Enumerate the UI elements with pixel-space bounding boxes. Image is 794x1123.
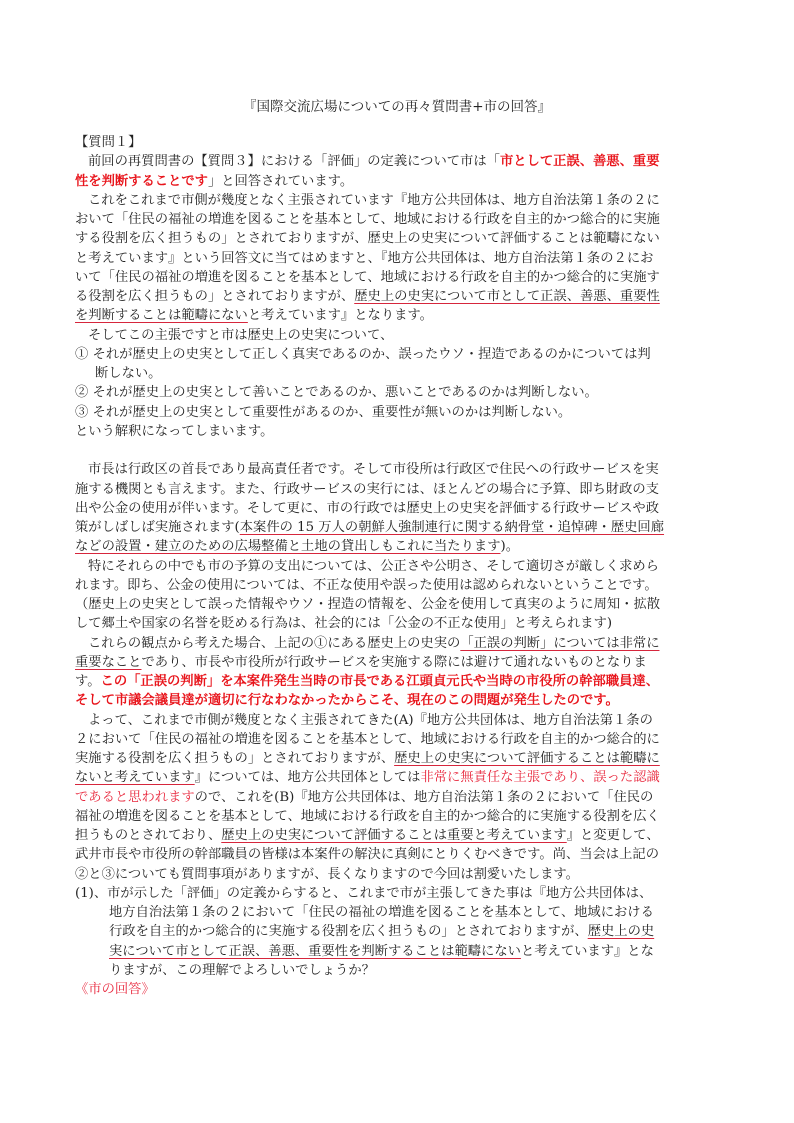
emphasis-line: そして市議会議員達が適切に行なわなかったからこそ、現在のこの問題が発生したのです… xyxy=(75,691,759,710)
text: 実施する役割を広く担うもの」とされておりますが、 xyxy=(75,751,394,766)
sub-question-line: りますが、この理解でよろしいでしょうか？ xyxy=(75,961,759,980)
list-item-continuation: 断しない。 xyxy=(75,364,759,383)
sub-question-line: 実について市として正誤、善悪、重要性を判断することは範疇にないと考えています』と… xyxy=(75,942,759,961)
blank-line xyxy=(75,441,759,460)
paragraph-line: これをこれまで市側が幾度となく主張されています『地方公共団体は、地方自治法第１条… xyxy=(75,191,759,210)
question-heading: 【質問１】 xyxy=(75,133,759,152)
paragraph-line: 福祉の増進を図ることを基本として、地域における行政を自主的かつ総合的に実施する役… xyxy=(75,807,759,826)
paragraph-line: 策がしばしば実施されます(本案件の 15 万人の朝鮮人強制連行に関する納骨堂・追… xyxy=(75,518,759,537)
underlined-text: 本案件の 15 万人の朝鮮人強制連行に関する納骨堂・追悼碑・歴史回廊 xyxy=(240,520,664,535)
underlined-text: 重要なこと xyxy=(75,655,141,670)
red-text: 非常に無責任な主張であり、誤った認識 xyxy=(420,770,659,785)
paragraph-line: ②と③についても質問事項がありますが、長くなりますので今回は割愛いたします。 xyxy=(75,865,759,884)
list-item: ① それが歴史上の史実として正しく真実であるのか、誤ったウソ・捏造であるのかにつ… xyxy=(75,345,759,364)
emphasis-text: この「正誤の判断」を本案件発生当時の市長である江頭貞元氏や当時の市役所の幹部職員… xyxy=(101,674,659,689)
underlined-text: 「正誤の判断」については非常に xyxy=(460,636,659,651)
paragraph-line: 性を判断することです」と回答されています。 xyxy=(75,172,759,191)
text: る役割を広く担うもの」とされておりますが、 xyxy=(75,289,354,304)
emphasis-text: 性を判断することです xyxy=(75,174,208,189)
paragraph-line: ないと考えています』については、地方公共団体としては非常に無責任な主張であり、誤… xyxy=(75,768,759,787)
paragraph-line: という解釈になってしまいます。 xyxy=(75,422,759,441)
text: これらの観点から考えた場合、上記の①にある歴史上の史実の xyxy=(88,636,460,651)
list-item: ② それが歴史上の史実として善いことであるのか、悪いことであるのかは判断しない。 xyxy=(75,383,759,402)
text: 担うものとされており、 xyxy=(75,828,221,843)
text: 行政を自主的かつ総合的に実施する役割を広く担うもの」とされておりますが、 xyxy=(109,924,588,939)
underlined-text: 実について市として正誤、善悪、重要性を判断することは範疇にない xyxy=(109,944,521,959)
paragraph-line: いて「住民の福祉の増進を図ることを基本として、地域における行政を自主的かつ総合的… xyxy=(75,268,759,287)
sub-question-line: 行政を自主的かつ総合的に実施する役割を広く担うもの」とされておりますが、歴史上の… xyxy=(75,922,759,941)
text: であり、市長や市役所が行政サービスを実施する際には避けて通れないものとなりま xyxy=(141,655,646,670)
city-answer-label: 《市の回答》 xyxy=(75,980,759,999)
text: 』と変更して、 xyxy=(567,828,660,843)
underlined-text: 歴史上の史実について市として正誤、善悪、重要性 xyxy=(354,289,660,304)
list-item: ③ それが歴史上の史実として重要性があるのか、重要性が無いのかは判断しない。 xyxy=(75,403,759,422)
paragraph-line: よって、これまで市側が幾度となく主張されてきた(A)『地方公共団体は、地方自治法… xyxy=(75,711,759,730)
underlined-text: 歴史上の史実について評価することは範疇に xyxy=(394,751,660,766)
paragraph-line: する役割を広く担うもの」とされておりますが、歴史上の史実について評価することは範… xyxy=(75,229,759,248)
emphasis-text: 市として正誤、善悪、重要 xyxy=(500,154,660,169)
paragraph-line: 市長は行政区の首長であり最高責任者です。そして市役所は行政区で住民への行政サービ… xyxy=(75,460,759,479)
red-text: であると思われます xyxy=(75,790,195,805)
paragraph-line: を判断することは範疇にないと考えています』となります。 xyxy=(75,306,759,325)
document-page: 『国際交流広場についての再々質問書+市の回答』 【質問１】 前回の再質問書の【質… xyxy=(0,0,794,1123)
paragraph-line: 前回の再質問書の【質問３】における「評価」の定義について市は「市として正誤、善悪… xyxy=(75,152,759,171)
paragraph-line: れます。即ち、公金の使用については、不正な使用や誤った使用は認められないというこ… xyxy=(75,576,759,595)
text: 策がしばしば実施されます( xyxy=(75,520,240,535)
paragraph-line: す。この「正誤の判断」を本案件発生当時の市長である江頭貞元氏や当時の市役所の幹部… xyxy=(75,672,759,691)
text: と考えています』となります。 xyxy=(248,308,433,323)
document-body: 【質問１】 前回の再質問書の【質問３】における「評価」の定義について市は「市とし… xyxy=(75,133,759,999)
paragraph-line: などの設置・建立のための広場整備と土地の貸出しもこれに当たります)。 xyxy=(75,537,759,556)
paragraph-line: 実施する役割を広く担うもの」とされておりますが、歴史上の史実について評価すること… xyxy=(75,749,759,768)
underlined-text: ないと考えています xyxy=(75,770,195,785)
paragraph-line: 担うものとされており、歴史上の史実について評価することは重要と考えています』と変… xyxy=(75,826,759,845)
paragraph-line: と考えています』という回答文に当てはめますと、『地方公共団体は、地方自治法第１条… xyxy=(75,249,759,268)
text: す。 xyxy=(75,674,101,689)
paragraph-line: 重要なことであり、市長や市役所が行政サービスを実施する際には避けて通れないものと… xyxy=(75,653,759,672)
paragraph-line: 施する機関とも言えます。また、行政サービスの実行には、ほとんどの場合に予算、即ち… xyxy=(75,480,759,499)
underlined-text: 歴史上の史実について評価することは重要と考えています xyxy=(221,828,566,843)
paragraph-line: おいて「住民の福祉の増進を図ることを基本として、地域における行政を自主的かつ総合… xyxy=(75,210,759,229)
paragraph-line: （歴史上の史実として誤った情報やウソ・捏造の情報を、公金を使用して真実のように周… xyxy=(75,595,759,614)
document-title: 『国際交流広場についての再々質問書+市の回答』 xyxy=(0,95,794,115)
paragraph-line: して郷土や国家の名誉を貶める行為は、社会的には「公金の不正な使用」と考えられます… xyxy=(75,614,759,633)
text: )。 xyxy=(501,539,520,554)
text: 」と回答されています。 xyxy=(208,174,353,189)
text: 』については、地方公共団体としては xyxy=(195,770,421,785)
underlined-text: を判断することは範疇にない xyxy=(75,308,248,323)
underlined-text: 歴史上の史 xyxy=(588,924,654,939)
paragraph-line: であると思われますので、これを(B)『地方公共団体は、地方自治法第１条の２におい… xyxy=(75,788,759,807)
paragraph-line: これらの観点から考えた場合、上記の①にある歴史上の史実の「正誤の判断」については… xyxy=(75,634,759,653)
sub-question-line: (1)、市が示した「評価」の定義からすると、これまで市が主張してきた事は『地方公… xyxy=(75,884,759,903)
paragraph-line: 特にそれらの中でも市の予算の支出については、公正さや公明さ、そして適切さが厳しく… xyxy=(75,557,759,576)
text: ので、これを(B)『地方公共団体は、地方自治法第１条の２において「住民の xyxy=(195,790,654,805)
sub-question-line: 地方自治法第１条の２において「住民の福祉の増進を図ることを基本として、地域におけ… xyxy=(75,903,759,922)
paragraph-line: 出や公金の使用が伴います。そして更に、市の行政では歴史上の史実を評価する行政サー… xyxy=(75,499,759,518)
text: と考えています』とな xyxy=(521,944,654,959)
paragraph-line: そしてこの主張ですと市は歴史上の史実について、 xyxy=(75,326,759,345)
paragraph-line: 武井市長や市役所の幹部職員の皆様は本案件の解決に真剣にとりくむべきです。尚、当会… xyxy=(75,845,759,864)
text: 前回の再質問書の【質問３】における「評価」の定義について市は「 xyxy=(88,154,500,169)
paragraph-line: ２において「住民の福祉の増進を図ることを基本として、地域における行政を自主的かつ… xyxy=(75,730,759,749)
underlined-text: などの設置・建立のための広場整備と土地の貸出しもこれに当たります xyxy=(75,539,501,554)
paragraph-line: る役割を広く担うもの」とされておりますが、歴史上の史実について市として正誤、善悪… xyxy=(75,287,759,306)
